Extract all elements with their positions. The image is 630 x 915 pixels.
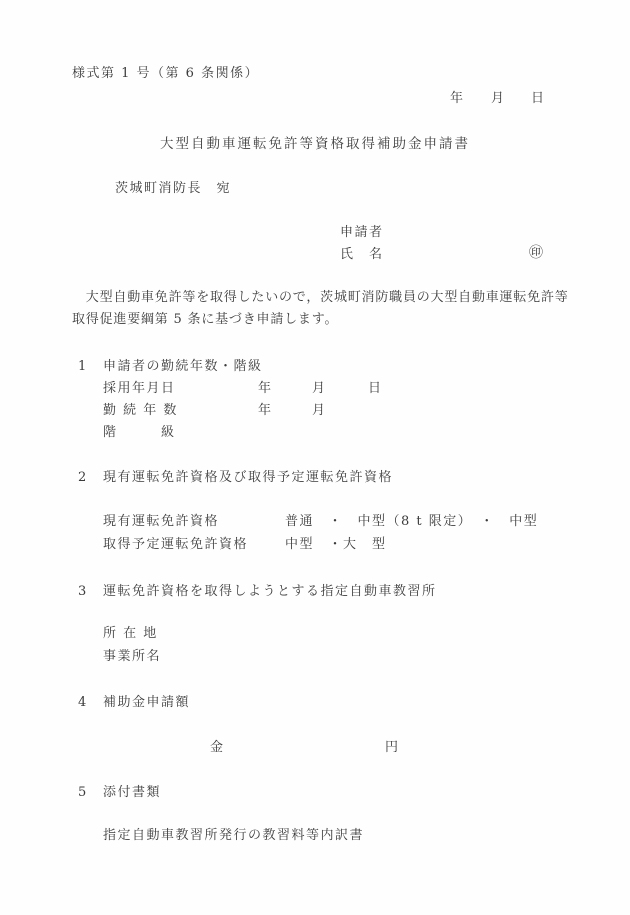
hire-date-label: 採用年月日	[103, 381, 176, 396]
section3-title: 運転免許資格を取得しようとする指定自動車教習所	[103, 584, 437, 599]
hire-year-unit: 年	[258, 381, 273, 396]
form-page: 様式第 1 号（第 6 条関係） 年 月 日 大型自動車運転免許等資格取得補助金…	[0, 0, 630, 915]
addressee: 茨城町消防長 宛	[115, 181, 231, 196]
hire-day-unit: 日	[368, 381, 383, 396]
amount-prefix-label: 金	[210, 740, 225, 755]
current-license-label: 現有運転免許資格	[103, 514, 219, 529]
service-month-unit: 月	[312, 403, 327, 418]
current-license-options: 普通 ・ 中型（8 t 限定） ・ 中型	[285, 514, 538, 529]
section5-title: 添付書類	[103, 785, 161, 800]
planned-license-options: 中型 ・大 型	[285, 537, 387, 552]
rank-label: 階 級	[103, 425, 176, 440]
section5-number: 5	[78, 785, 86, 800]
section2-number: 2	[78, 470, 86, 485]
applicant-label: 申請者	[340, 225, 384, 240]
section4-number: 4	[78, 695, 86, 710]
date-year-label: 年	[450, 91, 465, 106]
date-day-label: 日	[531, 91, 546, 106]
body-paragraph-line2: 取得促進要綱第 5 条に基づき申請します。	[72, 312, 338, 327]
body-paragraph-line1: 大型自動車免許等を取得したいので，茨城町消防職員の大型自動車運転免許等	[72, 290, 569, 305]
school-name-label: 事業所名	[103, 649, 161, 664]
section4-title: 補助金申請額	[103, 695, 190, 710]
form-number: 様式第 1 号（第 6 条関係）	[72, 66, 259, 81]
attachment-item: 指定自動車教習所発行の教習料等内訳書	[103, 828, 364, 843]
document-title: 大型自動車運転免許等資格取得補助金申請書	[0, 137, 630, 152]
amount-suffix-label: 円	[385, 740, 400, 755]
section1-number: 1	[78, 359, 86, 374]
date-month-label: 月	[491, 91, 506, 106]
section1-title: 申請者の勤続年数・階級	[103, 359, 263, 374]
hire-month-unit: 月	[312, 381, 327, 396]
applicant-name-label: 氏 名	[340, 247, 384, 262]
section2-title: 現有運転免許資格及び取得予定運転免許資格	[103, 470, 393, 485]
planned-license-label: 取得予定運転免許資格	[103, 537, 248, 552]
section3-number: 3	[78, 584, 86, 599]
service-years-label: 勤 続 年 数	[103, 403, 178, 418]
school-address-label: 所 在 地	[103, 626, 158, 641]
seal-mark-icon: ㊞	[529, 246, 543, 261]
service-year-unit: 年	[258, 403, 273, 418]
